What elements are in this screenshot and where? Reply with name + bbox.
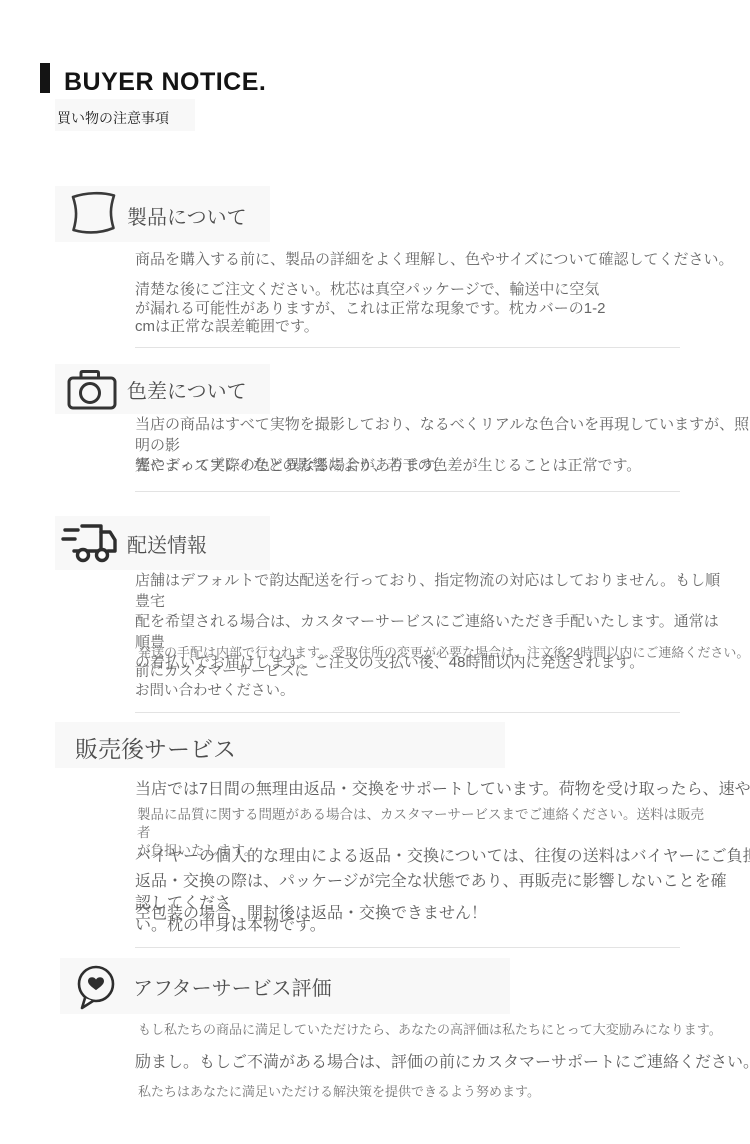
product-paragraph-2: 清楚な後にご注文ください。枕芯は真空パッケージで、輸送中に空気 が漏れる可能性が… bbox=[135, 281, 695, 337]
heart-bubble-icon bbox=[73, 963, 123, 1013]
page-title: BUYER NOTICE. bbox=[64, 68, 266, 97]
divider bbox=[135, 491, 680, 492]
aftersales-paragraph-3: バイヤーの個人的な理由による返品・交換については、往復の送料はバイヤーにご負担い… bbox=[135, 846, 750, 868]
section-title-aftersales: 販売後サービス bbox=[75, 731, 236, 764]
aftersales-paragraph-1: 当店では7日間の無理由返品・交換をサポートしています。荷物を受け取ったら、速やか… bbox=[135, 779, 750, 801]
pillow-icon bbox=[66, 188, 120, 238]
shipping-paragraph-2: 発送の手配は内部で行われます。受取住所の変更が必要な場合は、注文後24時間以内に… bbox=[138, 644, 749, 662]
section-title-color: 色差について bbox=[127, 375, 247, 404]
divider bbox=[135, 712, 680, 713]
camera-icon bbox=[64, 366, 120, 412]
page-subtitle: 買い物の注意事項 bbox=[57, 108, 169, 128]
header-accent-bar bbox=[40, 63, 50, 93]
buyer-notice-page: BUYER NOTICE. 買い物の注意事項 製品について 商品を購入する前に、… bbox=[0, 0, 750, 1144]
aftersales-paragraph-5: 空包装の場合、開封後は返品・交換できません！ bbox=[135, 903, 487, 925]
review-paragraph-1: もし私たちの商品に満足していただけたら、あなたの高評価は私たちにとって大変励みに… bbox=[138, 1021, 722, 1039]
color-paragraph-2: 光やディスプレイなどの影響により、若干の色差が生じることは正常です。 bbox=[135, 456, 641, 477]
divider bbox=[135, 347, 680, 348]
section-title-review: アフターサービス評価 bbox=[133, 972, 332, 1001]
section-title-shipping: 配送情報 bbox=[127, 529, 207, 558]
shipping-paragraph-3: 前にカスタマーサービスに お問い合わせください。 bbox=[135, 663, 535, 701]
review-paragraph-2: 励まし。もしご不満がある場合は、評価の前にカスタマーサポートにご連絡ください。 bbox=[135, 1052, 750, 1074]
truck-icon bbox=[60, 518, 122, 568]
review-paragraph-3: 私たちはあなたに満足いただける解決策を提供できるよう努めます。 bbox=[138, 1083, 540, 1101]
divider bbox=[135, 947, 680, 948]
section-title-product: 製品について bbox=[127, 201, 247, 230]
product-paragraph-1: 商品を購入する前に、製品の詳細をよく理解し、色やサイズについて確認してください。 bbox=[135, 251, 734, 270]
